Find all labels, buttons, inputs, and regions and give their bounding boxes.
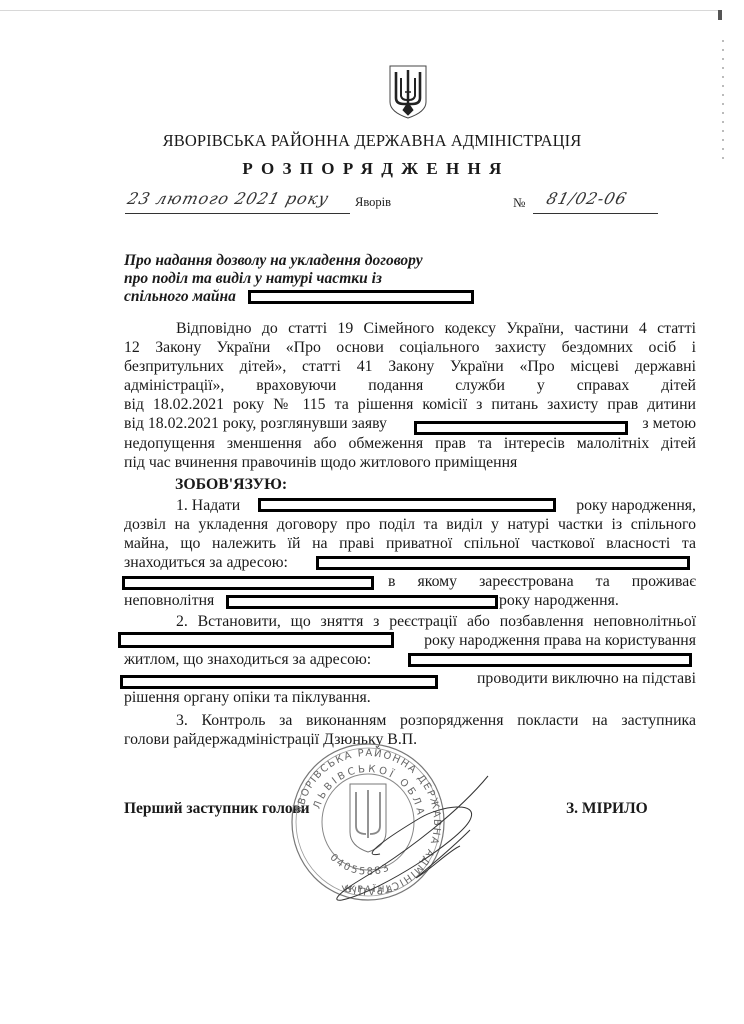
redaction-box xyxy=(248,290,474,304)
item-line: дозвіл на укладення договору про поділ т… xyxy=(124,515,696,534)
number-sign: № xyxy=(513,195,525,211)
trident-coat-of-arms-icon xyxy=(388,64,428,120)
preamble-line: адміністрації», враховуючи подання служб… xyxy=(124,376,696,395)
item-text: 1. Надати xyxy=(124,497,240,514)
preamble-line: безпритульних дітей», статті 41 Закону У… xyxy=(124,357,696,376)
redaction-box xyxy=(120,675,438,689)
item-line: майна, що належить їй на праві приватної… xyxy=(124,534,696,553)
item-1: 1. Надати року народження, дозвіл на укл… xyxy=(124,496,696,611)
redaction-box xyxy=(258,498,556,512)
item-text: в якому зареєстрована та проживає xyxy=(388,572,696,591)
item-text: неповнолітня xyxy=(124,592,214,609)
subject-line: про поділ та виділ у натурі частки із xyxy=(124,270,423,288)
preamble-line: під час вчинення правочинів щодо житлово… xyxy=(124,453,696,472)
item-text: року народження права на користування xyxy=(424,631,696,650)
scan-edge-line xyxy=(0,10,720,11)
preamble-text: від 18.02.2021 року, розглянувши заяву xyxy=(124,415,387,432)
signatory-title: Перший заступник голови xyxy=(124,800,310,818)
item-text: року народження. xyxy=(499,591,619,610)
item-line: 3. Контроль за виконанням розпорядження … xyxy=(124,711,696,730)
item-line: 2. Встановити, що зняття з реєстрації аб… xyxy=(124,612,696,631)
item-text: року народження, xyxy=(576,496,696,515)
preamble-line: 12 Закону України «Про основи соціальног… xyxy=(124,338,696,357)
document-number-handwritten: 81/02-06 xyxy=(544,189,629,208)
redaction-box xyxy=(118,632,394,648)
preamble-text: з метою xyxy=(642,414,696,433)
redaction-box xyxy=(226,595,498,609)
signatory-name: З. МІРИЛО xyxy=(566,800,648,818)
document-type: РОЗПОРЯДЖЕННЯ xyxy=(0,159,744,179)
redaction-box xyxy=(408,653,692,667)
preamble-line: Відповідно до статті 19 Сімейного кодекс… xyxy=(124,319,696,338)
date-handwritten: 23 лютого 2021 року xyxy=(125,189,331,208)
subject-line: Про надання дозволу на укладення договор… xyxy=(124,252,423,270)
redaction-box xyxy=(316,556,690,570)
redaction-box xyxy=(122,576,374,590)
redaction-box xyxy=(414,421,628,435)
preamble: Відповідно до статті 19 Сімейного кодекс… xyxy=(124,319,696,472)
handwritten-signature xyxy=(320,770,500,910)
scan-edge-mark xyxy=(718,10,722,20)
item-text: проводити виключно на підставі xyxy=(477,669,696,688)
preamble-line: від 18.02.2021 року № 115 та рішення ком… xyxy=(124,395,696,414)
item-line: рішення органу опіки та піклування. xyxy=(124,688,696,707)
decree-heading: ЗОБОВ'ЯЗУЮ: xyxy=(175,476,287,494)
organization-name: ЯВОРІВСЬКА РАЙОННА ДЕРЖАВНА АДМІНІСТРАЦІ… xyxy=(0,131,744,151)
preamble-line: недопущення зменшення або обмеження прав… xyxy=(124,434,696,453)
city: Яворів xyxy=(355,195,391,210)
